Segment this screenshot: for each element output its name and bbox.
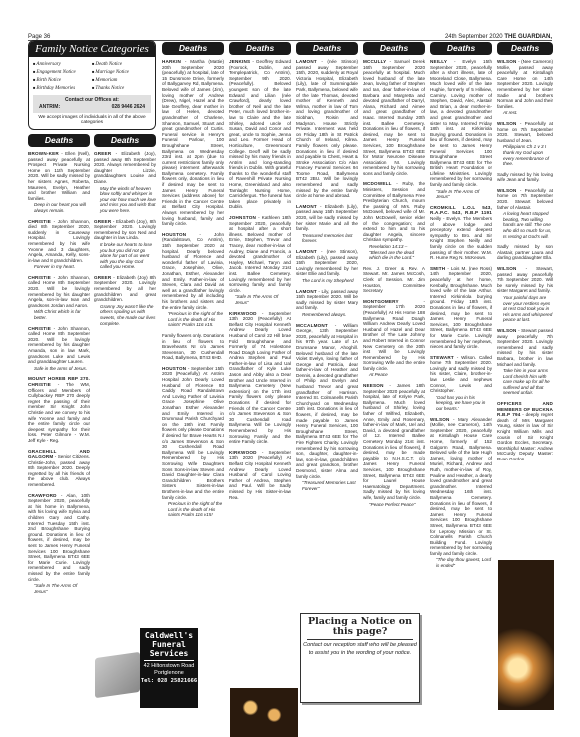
- notice-text: - Elizabeth (Joy), passed away 8th Septe…: [94, 151, 156, 184]
- death-notice: CHRISTIE - John Shannon, called Home 8th…: [28, 275, 90, 321]
- notice-name: MONTGOMERY: [363, 299, 399, 304]
- notice-text: - Geoffrey Edward (Foxrock, Dublin, and …: [229, 59, 291, 209]
- death-notice: GREER - Elizabeth (Joy), passed away 8th…: [94, 151, 156, 214]
- notice-verse: Remembered always.: [296, 312, 358, 318]
- notice-name: GREER: [94, 151, 111, 156]
- death-notice: MCDOWELL - Ruby, the Ministers, Session …: [363, 181, 425, 260]
- notice-name: WILSON: [430, 417, 450, 422]
- notice-text: - Mary Alexander (Mollie, nee Cameron), …: [430, 417, 492, 556]
- death-notice: WILSON - Mary Alexander (Mollie, nee Cam…: [430, 417, 492, 569]
- notice-name: LAMONT: [296, 289, 317, 294]
- notice-text: - September 13th 2020 (Peacefully) At Be…: [229, 311, 291, 445]
- notice-text: - The WM, Officers and Members of Cullyb…: [28, 382, 90, 443]
- notice-name: BROWN-KER: [28, 151, 59, 156]
- notice-verse: The Lord is my Shepherd: [296, 278, 358, 284]
- notice-verse: It broke our hearts to lose you but you …: [94, 242, 156, 270]
- candle-image: [498, 560, 554, 710]
- death-notice: KIRKWOOD - September 13th 2020 (Peaceful…: [229, 311, 291, 445]
- notice-text: - John Shannon, died 8th September 2020,…: [28, 219, 90, 263]
- death-notice: SMITH - Lois M. (nee Ross) 14th Septembe…: [430, 266, 492, 350]
- notice-text: Neilly - Evelyn. The Members of above lo…: [430, 216, 492, 260]
- notice-text: Sadly missed by son Alastair, partner La…: [497, 244, 553, 260]
- notice-text: - September 13th 2020 (Peacefully) At Be…: [229, 450, 291, 500]
- notice-text: - Senior Citizens. Christie-John, passed…: [28, 454, 90, 487]
- deaths-column: DeathsJENKINS - Geoffrey Edward (Foxrock…: [229, 40, 291, 680]
- ad-brand: Caldwell's Funeral Services: [140, 628, 198, 658]
- death-notice: HOUSTON - John (Randalstown, Co Antrim),…: [162, 232, 224, 328]
- notice-name: SMITH: [430, 266, 445, 271]
- notice-verse: Philippians Ch 1 v 3 I thank my God upon…: [497, 144, 553, 166]
- death-notice: WILSON - Stewart, passed away peacefully…: [497, 266, 553, 323]
- family-notice-categories: Family Notice Categories Anniversary Dea…: [28, 40, 156, 130]
- category-item: Memoriam: [92, 76, 151, 84]
- notice-name: WILSON: [497, 328, 517, 333]
- categories-title: Family Notice Categories: [29, 41, 155, 57]
- notice-verse: At rest.: [497, 110, 553, 116]
- death-notice: CROMKILL L.O.L 543, R.A.P.C. 543, R.B.P …: [430, 205, 492, 261]
- notice-name: WILSON: [497, 266, 517, 271]
- notice-name: MCCULLY: [363, 59, 386, 64]
- notice-name: STEWART: [430, 355, 454, 360]
- notice-text: - Ellen (Nell), passed away peacefully a…: [28, 151, 90, 201]
- deaths-heading: Deaths: [296, 42, 358, 55]
- death-notice: WILSON - (Nee Cameron) Mollie, passed aw…: [497, 59, 553, 116]
- notice-verse: "Treasured Memories Last Forever": [296, 480, 358, 491]
- deaths-heading: Deaths: [94, 134, 156, 147]
- notice-verse: "Peace Perfect Peace": [363, 502, 425, 508]
- notice-verse: Granny Joy wasn't like the others spoili…: [94, 304, 156, 326]
- notice-name: WILSON: [497, 188, 517, 193]
- death-notice: LAMONT - Lily, passed away 15th Septembe…: [296, 289, 358, 318]
- notice-text: - James 18th September 2020 peacefully a…: [363, 383, 425, 500]
- death-notice: WILSON - Peacefully at home on 7th Septe…: [497, 121, 553, 167]
- notice-verse: "Safe In The Arms Of Jesus": [430, 189, 492, 200]
- notice-text: - John Shannon, called Home 8th Septembe…: [28, 275, 90, 308]
- notice-name: WILSON: [497, 121, 517, 126]
- deaths-column: DeathsLAMONT - (née Stinson) passed away…: [296, 40, 358, 605]
- notice-name: HOUSTON: [162, 232, 186, 237]
- notice-text: - Evelyn 15th September 2020, peacefully…: [430, 59, 492, 187]
- notice-name: KIRKWOOD: [229, 450, 257, 455]
- ad-address: 42 Hiltonstown Road Portglenone: [140, 663, 198, 676]
- death-notice: Sadly missed by son Alastair, partner La…: [497, 244, 553, 261]
- notice-name: JENKINS: [229, 59, 250, 64]
- death-notice: CHRISTIE - John Shannon, died 8th Septem…: [28, 219, 90, 270]
- notice-verse: Your painful days are over your restless…: [497, 295, 553, 323]
- deaths-heading: Deaths: [28, 134, 90, 147]
- notice-name: GREER: [94, 219, 111, 224]
- death-notice: LAMONT - (nee Stinson), Elizabeth (Lily)…: [296, 249, 358, 284]
- office-phone: 028 9446 2624: [112, 104, 145, 110]
- notice-name: GREER: [94, 275, 111, 280]
- bible-image: [95, 652, 140, 698]
- notice-text: - William George, 13th September 2020, p…: [296, 323, 358, 479]
- notice-verse: 'God has you in his keeping, we have you…: [430, 395, 492, 412]
- death-notice: GRACEHILL AND GALGORM - Senior Citizens.…: [28, 449, 90, 488]
- notice-name: NEESON: [363, 383, 384, 388]
- death-notice: HARKIN - Martha (Mattie) 20th September …: [162, 59, 224, 227]
- ad-phone: Tel: 028 25821666: [140, 678, 198, 684]
- death-notice: OFFICERS AND MEMBERS OF BUCKNA R.B.P 794…: [497, 401, 553, 460]
- deaths-column: DeathsMCCULLY - Samuel Derek 16th Septem…: [363, 40, 425, 610]
- notice-text: - September 17th 2020 (Peacefully) At Hi…: [363, 299, 425, 371]
- notice-name: NEILLY: [430, 59, 447, 64]
- deaths-column: DeathsBROWN-KER - Ellen (Nell), passed a…: [28, 132, 90, 732]
- notice-verse: Precious in the sight of the Lord is the…: [162, 501, 224, 518]
- page-header: Page 36 24th September 2020 THE GUARDIAN…: [28, 28, 552, 40]
- notice-verse: May the winds of heaven blow softly and …: [94, 186, 156, 214]
- notice-name: KIRKWOOD: [229, 311, 257, 316]
- notice-name: CRAWFORD: [28, 493, 57, 498]
- notice-name: CHRISTIE: [28, 219, 51, 224]
- notice-text: - (Nee Cameron) Mollie, passed away peac…: [497, 59, 553, 109]
- category-item: Anniversary: [33, 60, 92, 68]
- notice-text: - September 15th 2020 (Peacefully) At An…: [162, 366, 224, 500]
- notice-text: - Kathleen 18th September 2020, peaceful…: [229, 215, 291, 293]
- notice-verse: Safe in the arms of Jesus.: [28, 366, 90, 372]
- notice-verse: Deep in our heart you will always remain…: [28, 202, 90, 213]
- notice-text: - Ruby, the Ministers, Session and Commi…: [363, 181, 425, 242]
- death-notice: KIRKWOOD - September 13th 2020 (Peaceful…: [229, 450, 291, 500]
- deaths-heading: Deaths: [363, 42, 425, 55]
- death-notice: BROWN-KER - Ellen (Nell), passed away pe…: [28, 151, 90, 214]
- categories-list: Anniversary Death Notice Engagement Noti…: [29, 57, 155, 95]
- notice-text: - John Shannon, called Home 8th Septembe…: [28, 326, 90, 365]
- deaths-heading: Deaths: [497, 42, 553, 55]
- contact-box: Contact our Offices at: ANTRIM:028 9446 …: [33, 95, 151, 113]
- death-notice: Family flowers only. Donations in lieu o…: [162, 333, 224, 361]
- deaths-heading: Deaths: [229, 42, 291, 55]
- notice-verse: Treasured memories last forever.: [296, 233, 358, 244]
- death-notice: MOUNT HOREB RBP 270. CHRISTIE - The WM, …: [28, 376, 90, 443]
- notice-name: CHRISTIE: [28, 326, 51, 331]
- notice-verse: Forever in my heart.: [28, 264, 90, 270]
- placing-title: Placing a Notice on this page?: [301, 614, 419, 637]
- notice-verse: 'Precious in the sight of the Lord is th…: [162, 311, 224, 328]
- notice-text: Family flowers only. Donations in lieu o…: [162, 333, 224, 360]
- deaths-column: DeathsNEILLY - Evelyn 15th September 202…: [430, 40, 492, 600]
- notice-text: - Stewart passed away peacefully 7th Sep…: [497, 328, 553, 367]
- notice-text: - Martha (Mattie) 20th September 2020 (p…: [162, 59, 224, 226]
- notice-text: - deeply regret death of Mrs Margaret Yo…: [497, 412, 553, 460]
- death-notice: JENKINS - Geoffrey Edward (Foxrock, Dubl…: [229, 59, 291, 210]
- notice-text: - John (Randalstown, Co Antrim), 15th Se…: [162, 232, 224, 310]
- category-item: Death Notice: [92, 60, 151, 68]
- office-label: ANTRIM:: [39, 104, 60, 110]
- notice-text: - Alan, 10th September 2020, peacefully …: [28, 493, 90, 582]
- images-note: We accept images of individuals in all o…: [29, 113, 155, 127]
- category-item: Engagement Notice: [33, 68, 92, 76]
- notice-verse: A loving heart stopped beating, Two will…: [497, 211, 553, 239]
- notice-verse: At Peace: [363, 372, 425, 378]
- deaths-column: DeathsWILSON - (Nee Cameron) Mollie, pas…: [497, 40, 553, 460]
- death-notice: NEESON - James 18th September 2020 peace…: [363, 383, 425, 507]
- notice-text: - Samuel Derek 16th September 2020 peace…: [363, 59, 425, 176]
- death-notice: CRAWFORD - Alan, 10th September 2020, pe…: [28, 493, 90, 595]
- death-notice: GREER - Elizabeth (Joy), 8th September 2…: [94, 219, 156, 270]
- category-item: Thanks Notice: [92, 84, 151, 92]
- notice-name: JOHNSTON: [229, 215, 256, 220]
- category-item: Birthday Memories: [33, 84, 92, 92]
- death-notice: LAMONT - Elizabeth (Lily), passed away 1…: [296, 204, 358, 244]
- death-notice: Rev. J. Greer & Rev. A Stewart. Mr. Jame…: [363, 266, 425, 294]
- death-notice: LAMONT - (née Stinson) passed away Septe…: [296, 59, 358, 199]
- notice-verse: "Safe In The Arms Of Jesus": [28, 583, 90, 594]
- death-notice: STEWART - Wilson. Called home 7th Septem…: [430, 355, 492, 412]
- notice-verse: With Christ which is far better.: [28, 309, 90, 320]
- death-notice: Sadly missed by his loving wife Jean and…: [497, 172, 553, 183]
- notice-name: HARKIN: [162, 59, 181, 64]
- bokeh-photo: [230, 688, 298, 737]
- death-notice: WILSON - Stewart passed away peacefully …: [497, 328, 553, 396]
- notice-name: HOUSTON: [162, 366, 186, 371]
- notice-text: - Wilson. Called home 7th September 2020…: [430, 355, 492, 394]
- category-item: Marriage Notice: [92, 68, 151, 76]
- notice-name: CHRISTIE: [28, 275, 51, 280]
- notice-text: Rev. J. Greer & Rev. A Stewart. Mr. Jame…: [363, 266, 425, 293]
- notice-verse: Take him in your arms Lord cherish him w…: [497, 368, 553, 396]
- death-notice: CHRISTIE - John Shannon, called Home 8th…: [28, 326, 90, 372]
- death-notice: MCCALMONT - William George, 13th Septemb…: [296, 323, 358, 492]
- deaths-heading: Deaths: [162, 42, 224, 55]
- death-notice: MCCULLY - Samuel Derek 16th September 20…: [363, 59, 425, 176]
- notice-text: - (née Stinson) passed away September 15…: [296, 59, 358, 198]
- notice-text: Sadly missed by his loving wife Jean and…: [497, 172, 553, 183]
- death-notice: MONTGOMERY - September 17th 2020 (Peacef…: [363, 299, 425, 378]
- notice-name: LAMONT: [296, 59, 317, 64]
- death-notice: GREER - Elizabeth (Joy) 8th September 20…: [94, 275, 156, 326]
- death-notice: HOUSTON - September 15th 2020 (Peacefull…: [162, 366, 224, 518]
- death-notice: WILSON - Peacefully at home on 7th Septe…: [497, 188, 553, 239]
- deaths-column: DeathsHARKIN - Martha (Mattie) 20th Sept…: [162, 40, 224, 625]
- deaths-heading: Deaths: [430, 42, 492, 55]
- death-notice: JOHNSTON - Kathleen 18th September 2020,…: [229, 215, 291, 306]
- placing-notice-ad: Placing a Notice on this page? Contact o…: [300, 613, 420, 703]
- category-item: Birth Notice: [33, 76, 92, 84]
- notice-name: MCCALMONT: [296, 323, 328, 328]
- placing-body: Contact our reception staff who will be …: [301, 642, 419, 657]
- notice-verse: Revelation 14:13 – "Blessed are the dead…: [363, 244, 425, 261]
- notice-verse: "The day thou gavest, Lord is ended": [430, 557, 492, 568]
- death-notice: NEILLY - Evelyn 15th September 2020, pea…: [430, 59, 492, 200]
- notice-name: WILSON: [497, 59, 517, 64]
- notice-name: LAMONT: [296, 249, 317, 254]
- notice-name: LAMONT: [296, 204, 317, 209]
- notice-name: MCDOWELL: [363, 181, 392, 186]
- caldwell-funeral-ad: Caldwell's Funeral Services 42 Hiltonsto…: [140, 628, 198, 708]
- notice-text: - Lois M. (nee Ross) 14th September 2020…: [430, 266, 492, 349]
- notice-name: CROMKILL L.O.L 543, R.A.P.C. 543, R.B.P …: [430, 205, 492, 216]
- notice-verse: "Safe In The Arms Of Jesus": [229, 294, 291, 305]
